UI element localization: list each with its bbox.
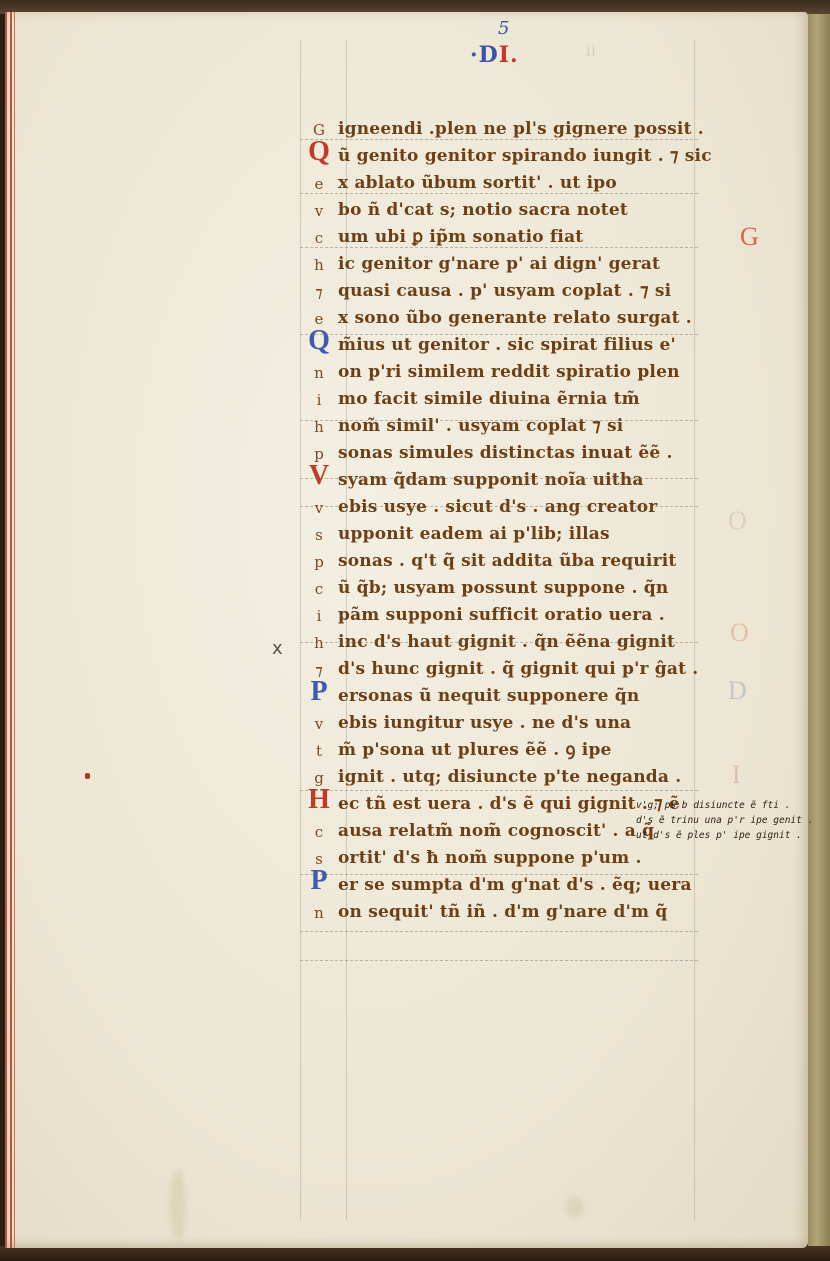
line-text: x ablato ũbum sortit' . ut ipo [338,173,617,193]
guide-letter: n [300,904,338,922]
line-text: bo ñ d'cat s; notio sacra notet [338,200,628,220]
water-stain [566,1196,584,1218]
line-text: ec tñ est uera . d's ẽ qui gignit . ⁊ ẽ [338,794,680,814]
red-ink-dot [85,773,90,779]
text-line: ⁊d's hunc gignit . q̃ gignit qui p'r ĝat… [300,652,700,679]
line-text: ũ genito genitor spirando iungit . ⁊ sic [338,146,712,166]
text-line: vbo ñ d'cat s; notio sacra notet [300,193,700,220]
line-text: sonas . q't q̃ sit addita ũba requirit [338,551,676,571]
folio-number: 5 [498,18,509,39]
line-text: ignit . utq; disiuncte p'te neganda . [338,767,681,787]
text-line: hnom̃ simil' . usyam coplat ⁊ si [300,409,700,436]
text-line: gignit . utq; disiuncte p'te neganda . [300,760,700,787]
text-line: non p'ri similem reddit spiratio plen [300,355,700,382]
line-text: upponit eadem ai p'lib; illas [338,524,610,544]
guide-letter: h [300,634,338,652]
book-right-edge [808,14,830,1246]
guide-letter: v [300,715,338,733]
text-line: cum ubi ꝑ ip̃m sonatio fiat [300,220,700,247]
text-line: sortit' d's ħ nom̃ suppone p'um . [300,841,700,868]
text-line: ex sono ũbo generante relato surgat . [300,301,700,328]
text-line: hic genitor g'nare p' ai dign' gerat [300,247,700,274]
text-line: psonas simules distinctas inuat ẽẽ . [300,436,700,463]
water-stain [170,1170,186,1240]
line-text: um ubi ꝑ ip̃m sonatio fiat [338,227,583,247]
text-line: Qũ genito genitor spirando iungit . ⁊ si… [300,139,700,166]
ruling-line [300,420,700,421]
show-through-initial: I [732,760,741,790]
line-text: on p'ri similem reddit spiratio plen [338,362,680,382]
text-line: imo facit simile diuina ẽrnia tm̃ [300,382,700,409]
ruling-line [300,931,700,932]
text-line: supponit eadem ai p'lib; illas [300,517,700,544]
gutter-red-rule [10,12,12,1248]
show-through-initial: D [728,676,747,706]
text-line: cũ q̃b; usyam possunt suppone . q̃n [300,571,700,598]
show-through-initial: O [730,618,749,648]
guide-letter: c [300,823,338,841]
guide-letter: p [300,553,338,571]
line-text: m̃ius ut genitor . sic spirat filius e' [338,335,676,355]
line-text: er se sumpta d'm g'nat d's . ẽq; uera [338,875,692,895]
annotation-line: ut d's ẽ ples p' ipe gignit . [636,828,816,843]
running-head-right: I. [499,42,519,68]
text-line: non sequit' tñ iñ . d'm g'nare d'm q̃ [300,895,700,922]
ruling-line [300,139,700,140]
guide-letter: i [300,607,338,625]
text-line: psonas . q't q̃ sit addita ũba requirit [300,544,700,571]
show-through-text: ii [586,40,596,61]
text-line: Gigneendi .plen ne pl's gignere possit . [300,112,700,139]
line-text: ebis usye . sicut d's . ang creator [338,497,657,517]
line-text: x sono ũbo generante relato surgat . [338,308,692,328]
guide-letter: h [300,256,338,274]
running-head-left: ·D [470,42,499,68]
guide-letter: i [300,391,338,409]
line-text: ersonas ũ nequit supponere q̃n [338,686,639,706]
line-text: ic genitor g'nare p' ai dign' gerat [338,254,660,274]
text-line: hinc d's haut gignit . q̃n ẽẽna gignit [300,625,700,652]
ruling-line [300,478,700,479]
book-bottom-edge [0,1246,830,1261]
line-text: ũ q̃b; usyam possunt suppone . q̃n [338,578,668,598]
text-line: Per se sumpta d'm g'nat d's . ẽq; uera [300,868,700,895]
initial-blue: P [300,678,338,706]
guide-letter: c [300,580,338,598]
line-text: ebis iungitur usye . ne d's una [338,713,631,733]
guide-letter: n [300,364,338,382]
initial-red: V [300,462,338,490]
text-line: tm̃ p'sona ut plures ẽẽ . ꝯ ipe [300,733,700,760]
ruling-line [300,960,700,961]
initial-blue: Q [300,327,338,355]
ruling-line [300,874,700,875]
text-line: vebis usye . sicut d's . ang creator [300,490,700,517]
ruling-line [300,506,700,507]
gutter-red-rule [5,12,7,1248]
ruling-line [300,193,700,194]
annotation-line: v'g; ps b disiuncte ẽ fti . [636,798,816,813]
line-text: syam q̃dam supponit noĩa uitha [338,470,644,490]
line-text: on sequit' tñ iñ . d'm g'nare d'm q̃ [338,902,667,922]
show-through-initial: G [740,222,759,252]
text-line: Vsyam q̃dam supponit noĩa uitha [300,463,700,490]
line-text: ausa relatm̃ nom̃ cognoscit' . a q̃ [338,821,654,841]
text-line: Qm̃ius ut genitor . sic spirat filius e' [300,328,700,355]
gutter-red-rule [14,12,15,1248]
margin-cross-mark: x [272,638,283,659]
annotation-line: d's ẽ trinu una p'r ipe genit . [636,813,816,828]
text-line: Personas ũ nequit supponere q̃n [300,679,700,706]
ruling-line [300,334,700,335]
guide-letter: v [300,202,338,220]
text-line: ipãm supponi sufficit oratio uera . [300,598,700,625]
guide-letter: e [300,175,338,193]
initial-red: Q [300,138,338,166]
text-line: vebis iungitur usye . ne d's una [300,706,700,733]
guide-letter: v [300,499,338,517]
line-text: m̃ p'sona ut plures ẽẽ . ꝯ ipe [338,737,612,760]
running-head: ·DI. [470,42,519,68]
ruling-line [300,790,700,791]
line-text: igneendi .plen ne pl's gignere possit . [338,119,704,139]
initial-blue: P [300,867,338,895]
guide-letter: ⁊ [300,283,338,301]
text-line: ⁊quasi causa . p' usyam coplat . ⁊ si [300,274,700,301]
show-through-initial: O [728,506,747,536]
guide-letter: t [300,742,338,760]
line-text: sonas simules distinctas inuat ẽẽ . [338,443,673,463]
line-text: mo facit simile diuina ẽrnia tm̃ [338,389,640,409]
line-text: quasi causa . p' usyam coplat . ⁊ si [338,281,671,301]
line-text: d's hunc gignit . q̃ gignit qui p'r ĝat … [338,659,698,679]
line-text: pãm supponi sufficit oratio uera . [338,605,665,625]
guide-letter: c [300,229,338,247]
ruling-line [300,642,700,643]
line-text: nom̃ simil' . usyam coplat ⁊ si [338,416,623,436]
marginal-annotation: v'g; ps b disiuncte ẽ fti . d's ẽ trinu … [636,798,816,843]
line-text: ortit' d's ħ nom̃ suppone p'um . [338,848,642,868]
ruling-line [300,247,700,248]
text-line: ex ablato ũbum sortit' . ut ipo [300,166,700,193]
guide-letter: s [300,526,338,544]
